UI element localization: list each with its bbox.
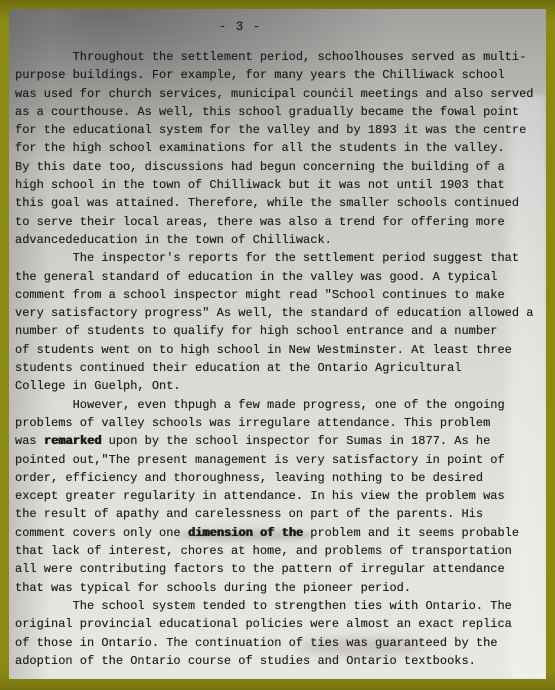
text-segment: was bbox=[15, 434, 44, 448]
body-text: Throughout the settlement period, school… bbox=[15, 48, 544, 670]
text-segment: problem and it seems probable bbox=[303, 526, 519, 540]
overstruck-text: remarked bbox=[44, 434, 102, 448]
text-segment: for the educational system for the valle… bbox=[15, 123, 526, 137]
text-segment: comment from a school inspector might re… bbox=[15, 288, 505, 302]
text-line: the result of apathy and carelessness on… bbox=[15, 505, 544, 523]
paper: - 3 - Throughout the settlement period, … bbox=[9, 9, 546, 679]
text-line: order, efficiency and thoroughness, leav… bbox=[15, 469, 544, 487]
text-segment: order, efficiency and thoroughness, leav… bbox=[15, 471, 483, 485]
text-segment: for the high school examinations for all… bbox=[15, 141, 505, 155]
paragraph: The inspector's reports for the settleme… bbox=[15, 249, 544, 395]
text-segment: of those in Ontario. The continuation of… bbox=[15, 636, 497, 650]
overstruck-text: dimension of the bbox=[188, 526, 303, 540]
text-segment: original provincial educational policies… bbox=[15, 617, 512, 631]
text-segment: The school system tended to strengthen t… bbox=[15, 599, 512, 613]
text-segment: pointed out,"The present management is v… bbox=[15, 453, 505, 467]
text-line: except greater regularity in attendance.… bbox=[15, 487, 544, 505]
text-segment: However, even thpugh a few made progress… bbox=[15, 398, 505, 412]
text-line: high school in the town of Chilliwack bu… bbox=[15, 176, 544, 194]
text-segment: very satisfactory progress" As well, the… bbox=[15, 306, 533, 320]
text-line: comment from a school inspector might re… bbox=[15, 286, 544, 304]
text-segment: upon by the school inspector for Sumas i… bbox=[101, 434, 490, 448]
text-line: for the high school examinations for all… bbox=[15, 139, 544, 157]
text-segment: adoption of the Ontario course of studie… bbox=[15, 654, 476, 668]
text-segment: this goal was attained. Therefore, while… bbox=[15, 196, 519, 210]
paragraph: Throughout the settlement period, school… bbox=[15, 48, 544, 249]
text-segment: all were contributing factors to the pat… bbox=[15, 562, 505, 576]
text-line: The inspector's reports for the settleme… bbox=[15, 249, 544, 267]
text-line: purpose buildings. For example, for many… bbox=[15, 66, 544, 84]
text-line: adoption of the Ontario course of studie… bbox=[15, 652, 544, 670]
text-line: number of students to qualify for high s… bbox=[15, 322, 544, 340]
text-line: was used for church services, municipal … bbox=[15, 85, 544, 103]
text-line: By this date too, discussions had begun … bbox=[15, 158, 544, 176]
text-segment: Throughout the settlement period, school… bbox=[15, 50, 526, 64]
text-segment: as a courthouse. As well, this school gr… bbox=[15, 105, 519, 119]
text-line: pointed out,"The present management is v… bbox=[15, 451, 544, 469]
text-segment: to serve their local areas, there was al… bbox=[15, 215, 505, 229]
text-line: all were contributing factors to the pat… bbox=[15, 560, 544, 578]
text-line: for the educational system for the valle… bbox=[15, 121, 544, 139]
text-line: original provincial educational policies… bbox=[15, 615, 544, 633]
text-segment: that lack of interest, chores at home, a… bbox=[15, 544, 512, 558]
scanned-page-frame: - 3 - Throughout the settlement period, … bbox=[0, 0, 555, 690]
paragraph: The school system tended to strengthen t… bbox=[15, 597, 544, 670]
text-line: Throughout the settlement period, school… bbox=[15, 48, 544, 66]
text-segment: number of students to qualify for high s… bbox=[15, 324, 497, 338]
text-line: The school system tended to strengthen t… bbox=[15, 597, 544, 615]
text-line: comment covers only one dimension of the… bbox=[15, 524, 544, 542]
text-segment: high school in the town of Chilliwack bu… bbox=[15, 178, 505, 192]
text-segment: By this date too, discussions had begun … bbox=[15, 160, 505, 174]
text-line: students continued their education at th… bbox=[15, 359, 544, 377]
text-line: that lack of interest, chores at home, a… bbox=[15, 542, 544, 560]
text-segment: the general standard of education in the… bbox=[15, 270, 497, 284]
text-line: was remarked upon by the school inspecto… bbox=[15, 432, 544, 450]
text-segment: comment covers only one bbox=[15, 526, 188, 540]
page-number: - 3 - bbox=[9, 20, 471, 34]
text-line: of students went on to high school in Ne… bbox=[15, 341, 544, 359]
paragraph: However, even thpugh a few made progress… bbox=[15, 396, 544, 597]
text-segment: problems of valley schools was irregular… bbox=[15, 416, 490, 430]
text-segment: College in Guelph, Ont. bbox=[15, 379, 181, 393]
text-segment: was used for church services, municipal … bbox=[15, 87, 533, 101]
text-segment: that was typical for schools during the … bbox=[15, 581, 411, 595]
text-line: However, even thpugh a few made progress… bbox=[15, 396, 544, 414]
text-line: problems of valley schools was irregular… bbox=[15, 414, 544, 432]
text-line: advancededucation in the town of Chilliw… bbox=[15, 231, 544, 249]
text-segment: except greater regularity in attendance.… bbox=[15, 489, 505, 503]
text-line: that was typical for schools during the … bbox=[15, 579, 544, 597]
text-segment: advancededucation in the town of Chilliw… bbox=[15, 233, 332, 247]
text-segment: purpose buildings. For example, for many… bbox=[15, 68, 505, 82]
text-line: College in Guelph, Ont. bbox=[15, 377, 544, 395]
text-line: very satisfactory progress" As well, the… bbox=[15, 304, 544, 322]
text-segment: The inspector's reports for the settleme… bbox=[15, 251, 519, 265]
text-line: the general standard of education in the… bbox=[15, 268, 544, 286]
text-line: as a courthouse. As well, this school gr… bbox=[15, 103, 544, 121]
text-segment: of students went on to high school in Ne… bbox=[15, 343, 512, 357]
text-segment: students continued their education at th… bbox=[15, 361, 461, 375]
text-line: of those in Ontario. The continuation of… bbox=[15, 634, 544, 652]
text-line: this goal was attained. Therefore, while… bbox=[15, 194, 544, 212]
text-line: to serve their local areas, there was al… bbox=[15, 213, 544, 231]
text-segment: the result of apathy and carelessness on… bbox=[15, 507, 483, 521]
